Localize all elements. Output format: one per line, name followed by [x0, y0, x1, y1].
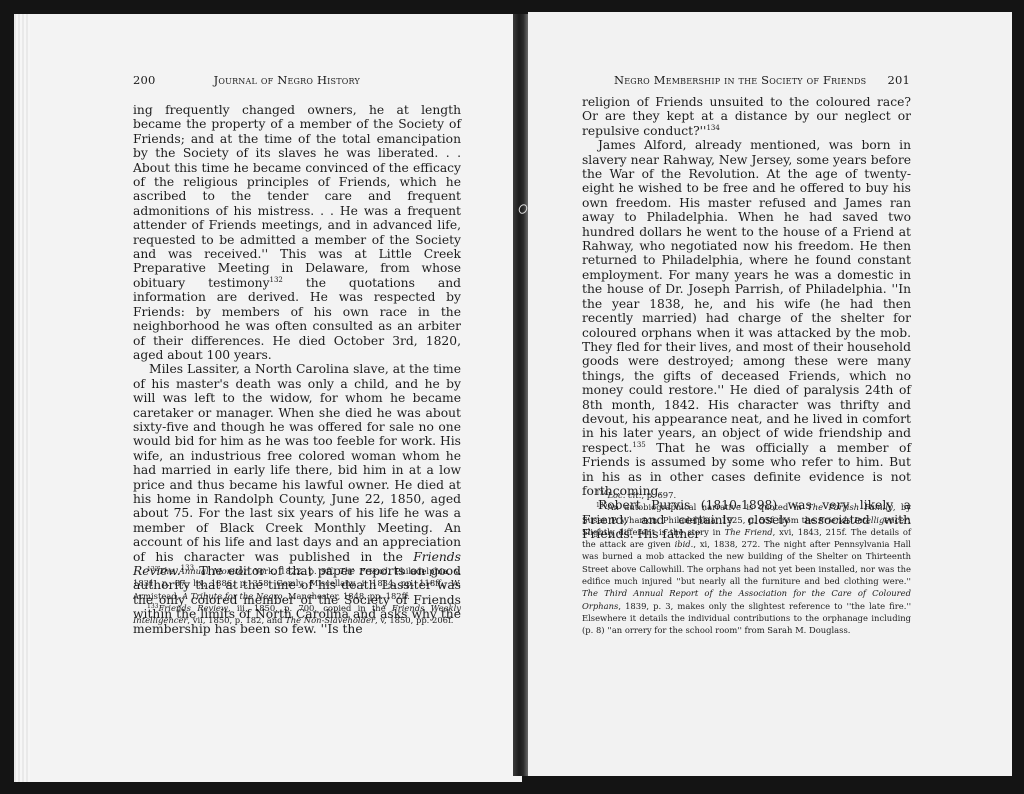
footnote: 132The Annual Monitor, York, 1822, p. 9f…: [133, 565, 461, 602]
right-footnotes: 134Loc. cit., p. 697.135An autobiographi…: [582, 489, 911, 637]
left-running-title: Journal of Negro History: [214, 73, 360, 87]
footnote-number: 135: [596, 502, 607, 509]
left-footnotes: 132The Annual Monitor, York, 1822, p. 9f…: [133, 565, 461, 626]
footnote-number: 133: [147, 603, 158, 610]
left-running-head: 200 Journal of Negro History: [133, 73, 461, 87]
footnote-number: 132: [147, 566, 158, 573]
footnote-number: 134: [596, 490, 607, 497]
footnote: 135An autobiographical narrative is quot…: [582, 501, 911, 636]
right-page-number: 201: [887, 73, 910, 87]
right-running-head: Negro Membership in the Society of Frien…: [614, 73, 910, 87]
footnote: 133Friends Review, iii, 1850, p. 700, co…: [133, 602, 461, 627]
footnote: 134Loc. cit., p. 697.: [582, 489, 911, 501]
right-paragraph-1: religion of Friends unsuited to the colo…: [582, 95, 911, 138]
left-body-text: ing frequently changed owners, he at len…: [133, 103, 461, 636]
right-running-title: Negro Membership in the Society of Frien…: [614, 73, 866, 87]
book-spine: [513, 14, 528, 776]
right-paragraph-2: James Alford, already mentioned, was bor…: [582, 138, 911, 498]
footnote-ref: 134: [706, 124, 719, 132]
left-page-number: 200: [133, 73, 156, 87]
left-paragraph-1: ing frequently changed owners, he at len…: [133, 103, 461, 362]
footnote-ref: 135: [632, 441, 645, 449]
footnote-ref: 132: [270, 276, 283, 284]
right-body-text: religion of Friends unsuited to the colo…: [582, 95, 911, 542]
